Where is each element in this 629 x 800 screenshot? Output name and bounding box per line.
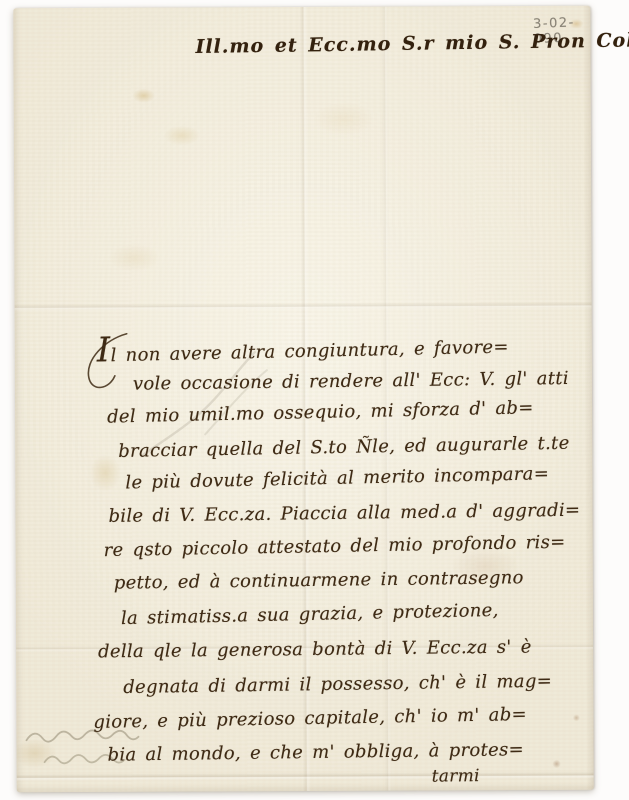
salutation-line: Ill.mo et Ecc.mo S.r mio S. Pron Col.mo [195, 29, 629, 58]
letter-line: re qsto piccolo attestato del mio profon… [103, 532, 565, 561]
letter-line: petto, ed à continuarmene in contrasegno [114, 567, 524, 593]
letter-line: degnata di darmi il possesso, ch' è il m… [123, 671, 552, 698]
letter-line: del mio umil.mo ossequio, mi sforza d' a… [107, 397, 534, 427]
letter-line: vole occasione di rendere all' Ecc: V. g… [133, 368, 569, 395]
letter-line: della qle la generosa bontà di V. Ecc.za… [98, 636, 532, 662]
letter-line: le più dovute felicità al merito incompa… [125, 463, 549, 493]
letter-line: bile di V. Ecc.za. Piaccia alla med.a d'… [108, 500, 580, 527]
letter-line: bracciar quella del S.to Ñle, ed augurar… [118, 433, 570, 462]
catchword: tarmi [432, 766, 480, 787]
letter-sheet: 3-02-090 Ill.mo et Ecc.mo S.r mio S. Pro… [13, 6, 593, 793]
letter-line: giore, e più prezioso capitale, ch' io m… [93, 704, 527, 733]
letter-line: bia al mondo, e che m' obbliga, à protes… [107, 739, 524, 765]
scan-background: { "archive": { "catalog_number": "3-02-0… [0, 0, 629, 800]
letter-line: Il non avere altra congiuntura, e favore… [97, 333, 509, 367]
letter-line: la stimatiss.a sua grazia, e protezione, [121, 600, 499, 629]
